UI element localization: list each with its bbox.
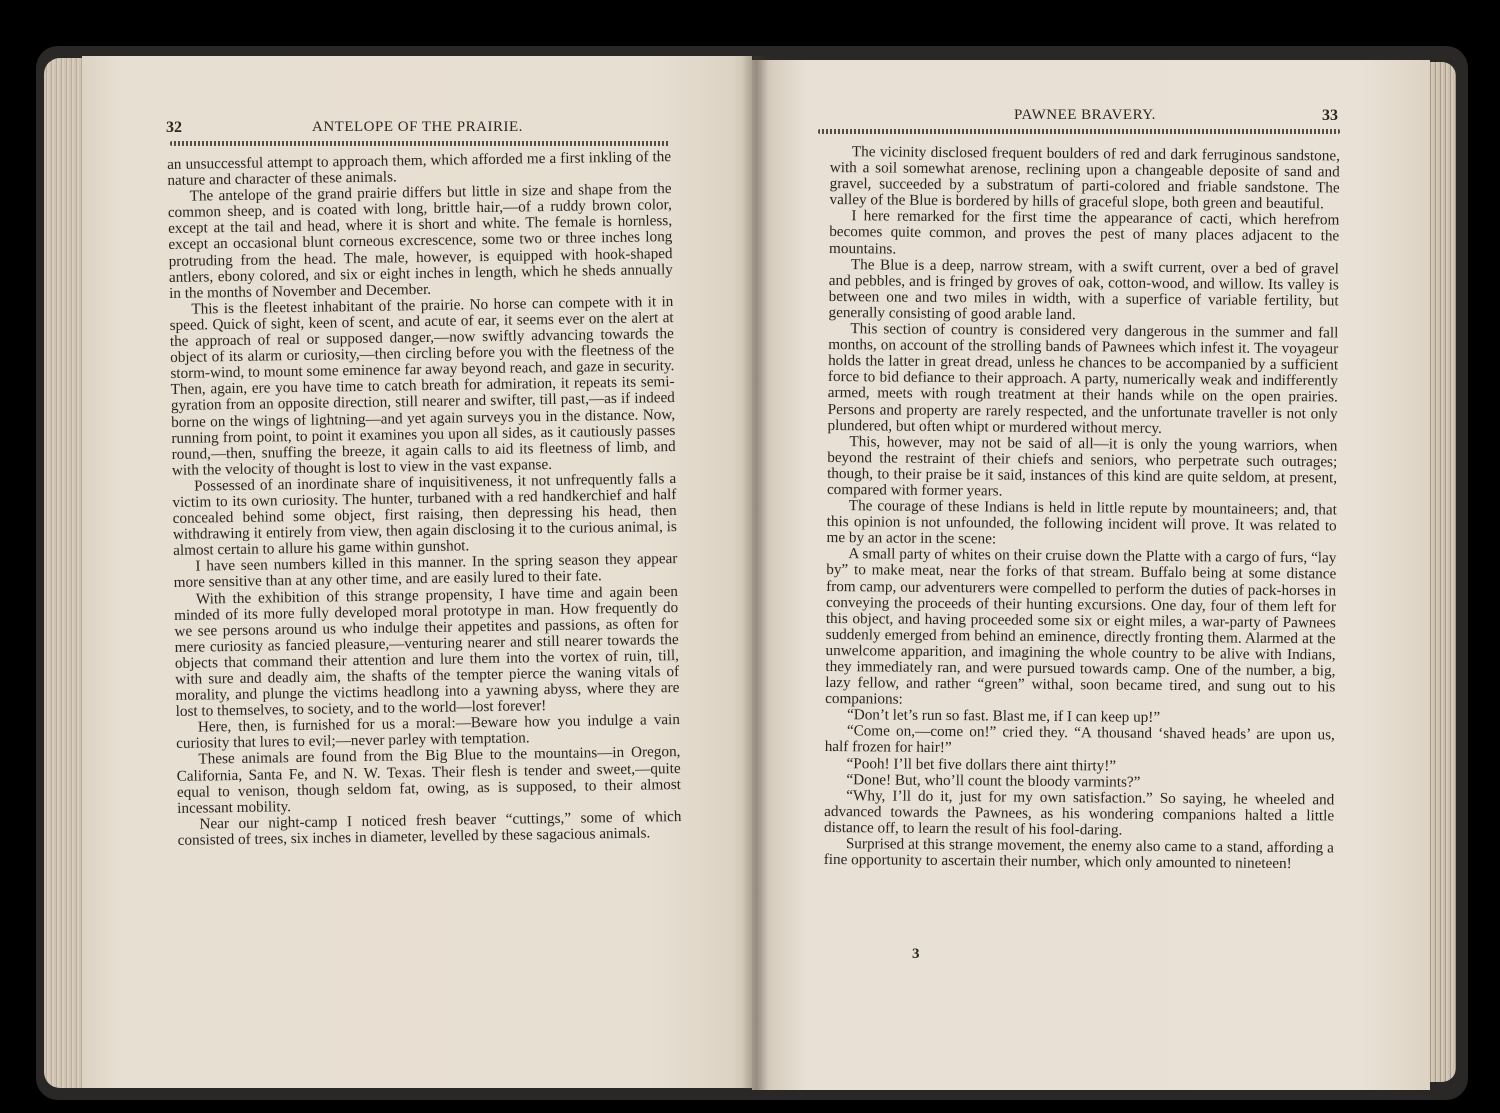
decorative-rule-right	[818, 129, 1340, 134]
running-head-right: PAWNEE BRAVERY.	[1014, 107, 1156, 124]
book-gutter	[742, 56, 768, 1090]
decorative-rule-left	[170, 141, 670, 146]
paragraph: “Come on,—come on!” cried they. “A thous…	[825, 723, 1335, 760]
paragraph: I here remarked for the first time the a…	[829, 208, 1339, 261]
paragraph: A small party of whites on their cruise …	[825, 546, 1336, 711]
paragraph: These animals are found from the Big Blu…	[176, 744, 681, 816]
paragraph: The courage of these Indians is held in …	[826, 498, 1336, 551]
page-number-right: 33	[1322, 107, 1338, 125]
paragraph: The antelope of the grand prairie differ…	[168, 181, 674, 302]
paragraph: Possessed of an inordinate share of inqu…	[172, 471, 677, 559]
paragraph: This, however, may not be said of all—it…	[827, 434, 1338, 503]
right-page-text: The vicinity disclosed frequent boulders…	[824, 144, 1340, 873]
paragraph: The vicinity disclosed frequent boulders…	[829, 144, 1340, 213]
paragraph: The Blue is a deep, narrow stream, with …	[828, 257, 1339, 326]
paragraph: This section of country is considered ve…	[827, 321, 1338, 438]
signature-mark: 3	[912, 946, 920, 963]
left-page-text: an unsuccessful attempt to approach them…	[167, 149, 682, 849]
paragraph: This is the fleetest inhabitant of the p…	[169, 294, 676, 479]
paragraph: With the exhibition of this strange prop…	[174, 584, 680, 721]
running-head-left: ANTELOPE OF THE PRAIRIE.	[312, 119, 523, 136]
paragraph: Surprised at this strange movement, the …	[824, 836, 1334, 873]
paragraph: “Why, I’ll do it, just for my own satisf…	[824, 788, 1334, 841]
page-number-left: 32	[166, 119, 182, 137]
